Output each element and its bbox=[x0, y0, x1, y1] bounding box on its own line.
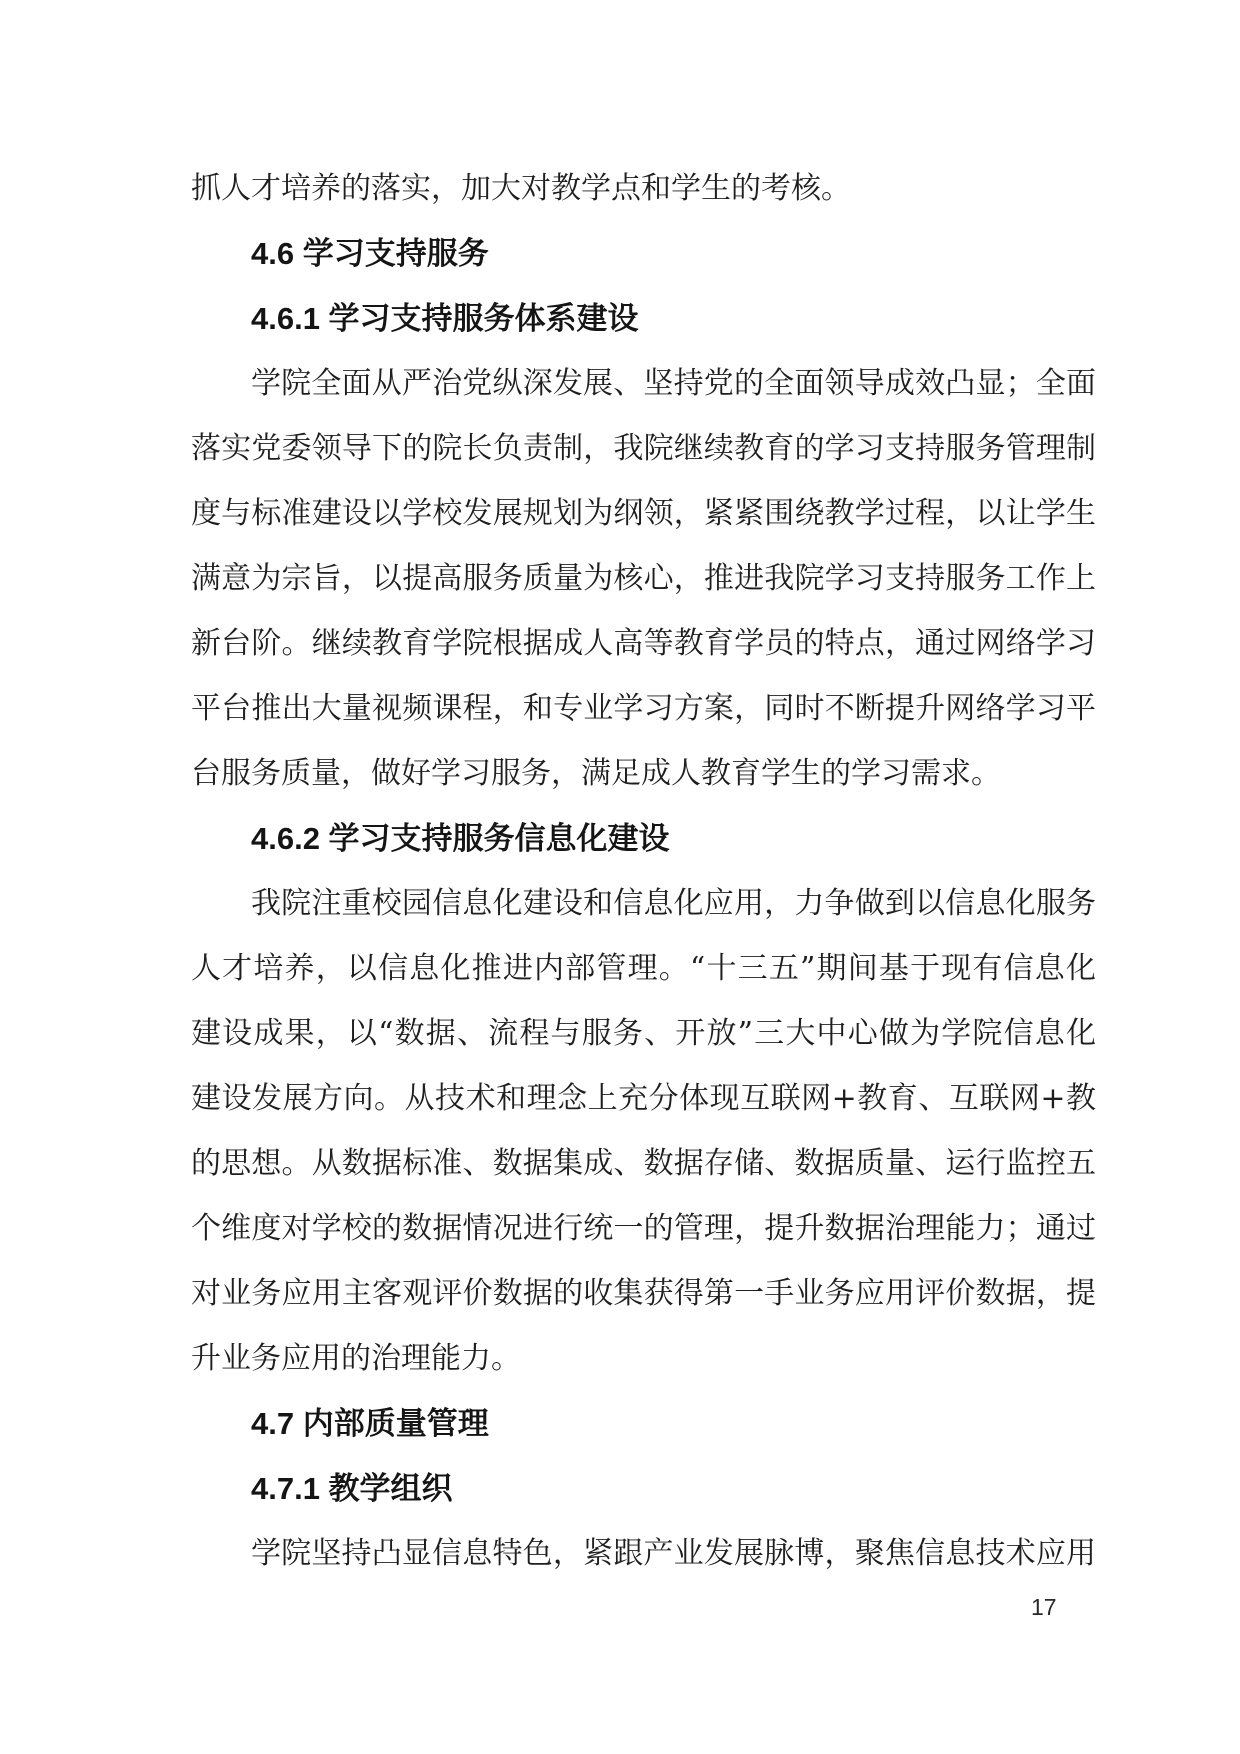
paragraph-line: 学院全面从严治党纵深发展、坚持党的全面领导成效凸显；全面 bbox=[191, 351, 1096, 416]
paragraph-line: 的思想。从数据标准、数据集成、数据存储、数据质量、运行监控五 bbox=[191, 1131, 1096, 1196]
paragraph-line: 升业务应用的治理能力。 bbox=[191, 1326, 1096, 1391]
paragraph-line: 我院注重校园信息化建设和信息化应用，力争做到以信息化服务 bbox=[191, 871, 1096, 936]
paragraph-line: 台服务质量，做好学习服务，满足成人教育学生的学习需求。 bbox=[191, 741, 1096, 806]
heading-4-6-1: 4.6.1 学习支持服务体系建设 bbox=[191, 286, 1096, 351]
text-block: 抓人才培养的落实，加大对教学点和学生的考核。 4.6 学习支持服务 4.6.1 … bbox=[191, 156, 1096, 1586]
paragraph-continuation-line: 抓人才培养的落实，加大对教学点和学生的考核。 bbox=[191, 156, 1096, 221]
page-number: 17 bbox=[1031, 1596, 1057, 1619]
paragraph-line: 新台阶。继续教育学院根据成人高等教育学员的特点，通过网络学习 bbox=[191, 611, 1096, 676]
paragraph-line: 建设发展方向。从技术和理念上充分体现互联网+教育、互联网+教学 bbox=[191, 1066, 1096, 1131]
paragraph-line: 人才培养，以信息化推进内部管理。“十三五”期间基于现有信息化 bbox=[191, 936, 1096, 1001]
heading-4-7-1: 4.7.1 教学组织 bbox=[191, 1456, 1096, 1521]
heading-4-7: 4.7 内部质量管理 bbox=[191, 1391, 1096, 1456]
paragraph-line: 对业务应用主客观评价数据的收集获得第一手业务应用评价数据，提 bbox=[191, 1261, 1096, 1326]
paragraph-line: 平台推出大量视频课程，和专业学习方案，同时不断提升网络学习平 bbox=[191, 676, 1096, 741]
paragraph-line: 度与标准建设以学校发展规划为纲领，紧紧围绕教学过程，以让学生 bbox=[191, 481, 1096, 546]
paragraph-line: 个维度对学校的数据情况进行统一的管理，提升数据治理能力；通过 bbox=[191, 1196, 1096, 1261]
paragraph-line: 落实党委领导下的院长负责制，我院继续教育的学习支持服务管理制 bbox=[191, 416, 1096, 481]
document-page: 抓人才培养的落实，加大对教学点和学生的考核。 4.6 学习支持服务 4.6.1 … bbox=[0, 0, 1240, 1754]
paragraph-line: 满意为宗旨，以提高服务质量为核心，推进我院学习支持服务工作上 bbox=[191, 546, 1096, 611]
paragraph-line: 建设成果，以“数据、流程与服务、开放”三大中心做为学院信息化 bbox=[191, 1001, 1096, 1066]
paragraph-line: 学院坚持凸显信息特色，紧跟产业发展脉博，聚焦信息技术应用 bbox=[191, 1521, 1096, 1586]
heading-4-6-2: 4.6.2 学习支持服务信息化建设 bbox=[191, 806, 1096, 871]
heading-4-6: 4.6 学习支持服务 bbox=[191, 221, 1096, 286]
